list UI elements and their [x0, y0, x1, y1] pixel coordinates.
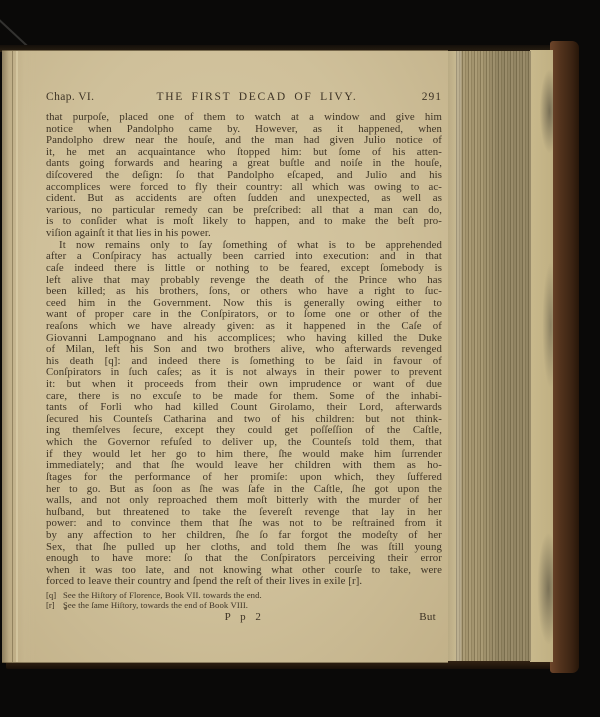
ink-speck [64, 607, 67, 610]
footnotes: [q]See the Hiſtory of Florence, Book VII… [46, 591, 442, 610]
body-text: that purpoſe, placed one of them to watc… [46, 112, 442, 588]
photograph-background: Chap. VI. THE FIRST DECAD OF LIVY. 291 t… [0, 0, 600, 717]
page-number: 291 [396, 91, 442, 104]
book-page: Chap. VI. THE FIRST DECAD OF LIVY. 291 t… [2, 50, 448, 663]
text-line: reaſons which we have already given: as … [46, 321, 442, 333]
text-line: which the Governor refuſed to deliver up… [46, 437, 442, 449]
page-edges-stack [454, 51, 531, 661]
footnote-marker: [r] [46, 601, 63, 611]
text-line: diſcovered the deſign: ſo that Pandolpho… [46, 170, 442, 182]
text-line: that purpoſe, placed one of them to watc… [46, 112, 442, 124]
text-line: it: but when it proceeds from their own … [46, 379, 442, 391]
text-block: Chap. VI. THE FIRST DECAD OF LIVY. 291 t… [46, 91, 442, 624]
text-line: by any affection to her children, ſhe ſo… [46, 530, 442, 542]
text-line: been killed; as his brothers, ſons, or o… [46, 286, 442, 298]
text-line: forced to leave their country and ſpend … [46, 576, 442, 588]
page-header: Chap. VI. THE FIRST DECAD OF LIVY. 291 [46, 91, 442, 105]
text-line: caſe indeed there is little or nothing t… [46, 263, 442, 275]
text-line: ſtages for the performance of her promiſ… [46, 472, 442, 484]
text-line: viſion againſt it that lies in his power… [46, 228, 442, 240]
chapter-label: Chap. VI. [46, 91, 118, 104]
gutter-crease-dark [12, 51, 13, 662]
endpaper-band [530, 50, 553, 662]
catchword: But [419, 611, 436, 624]
running-title: THE FIRST DECAD OF LIVY. [118, 91, 396, 104]
text-line: walls, and not only reproached them moſt… [46, 495, 442, 507]
footnote: [r]See the ſame Hiſtory, towards the end… [46, 601, 442, 611]
signature-mark: P p 2 [225, 611, 264, 623]
footnote-text: See the ſame Hiſtory, towards the end of… [63, 601, 442, 611]
gutter-crease-light [16, 51, 18, 662]
signature-line: P p 2 But [46, 611, 442, 624]
book-cover-edge [550, 41, 579, 673]
